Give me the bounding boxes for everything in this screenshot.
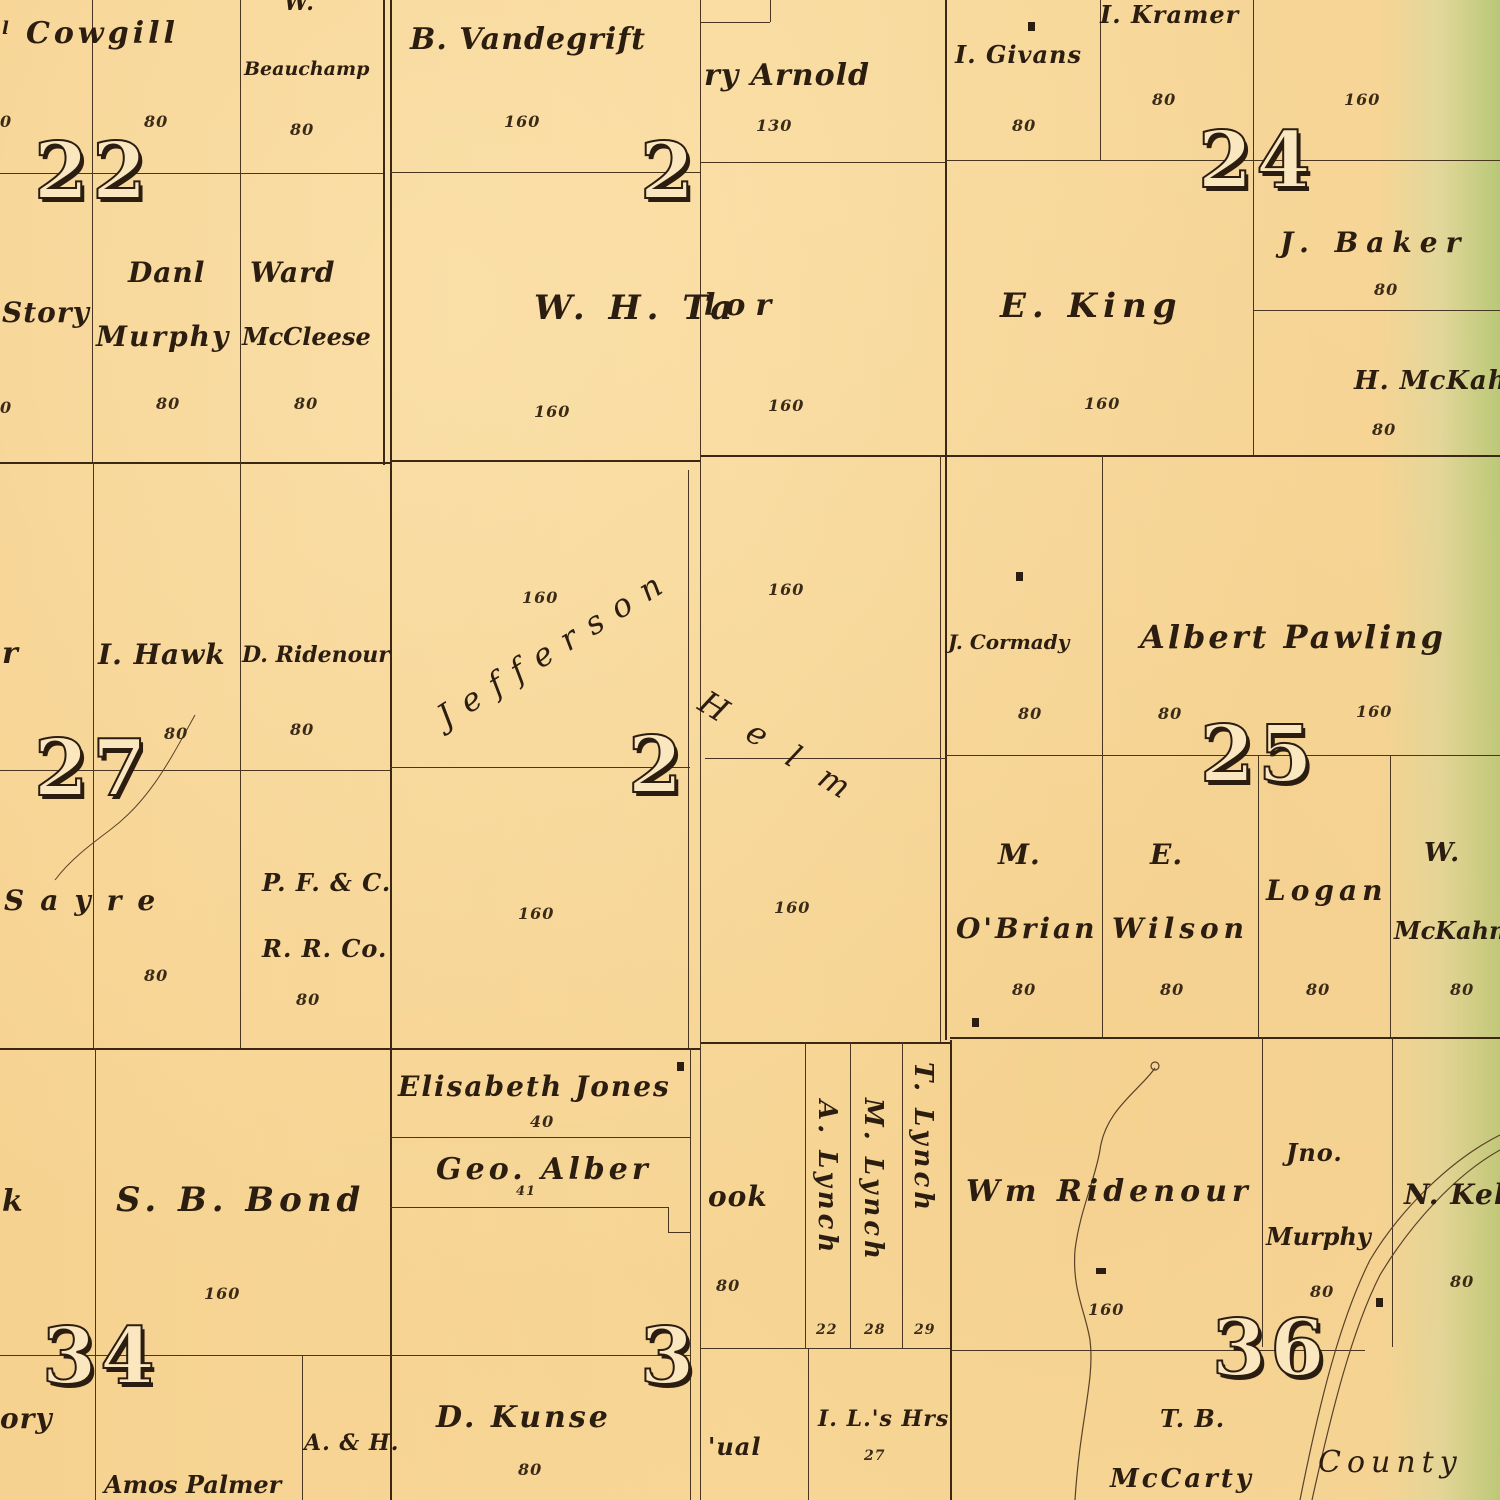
acreage: 160 [1344,90,1380,109]
owner-obrian: O'Brian [956,912,1098,945]
owner-givans: I. Givans [955,40,1082,69]
section-number-34: 34 [42,1318,159,1396]
owner-mccarty: McCarty [1110,1464,1254,1494]
acreage: 80 [1012,980,1036,999]
owner-mccarty-initial: T. B. [1160,1404,1225,1433]
owner-beauchamp-initial: W. [284,0,315,16]
acreage: 160 [774,898,810,917]
section-number-23: 2 [640,133,694,211]
acreage: 80 [1450,1272,1474,1291]
place-name-county: County [1318,1445,1463,1480]
owner-t-lynch: T. Lynch [908,1062,938,1214]
owner-palmer: Amos Palmer [104,1470,281,1499]
owner-wilson: Wilson [1112,912,1249,945]
acreage: 80 [1018,704,1042,723]
acreage: 80 [716,1276,740,1295]
owner-jno-murphy: Murphy [1266,1222,1371,1251]
acreage: 80 [1450,980,1474,999]
owner-baker: J. Baker [1280,226,1468,259]
acreage: 80 [518,1460,542,1479]
section-number-36: 36 [1212,1310,1329,1388]
acreage: 80 [294,394,318,413]
acreage: 160 [1084,394,1120,413]
acreage: 80 [290,120,314,139]
acreage: 160 [204,1284,240,1303]
owner-cowgill: Cowgill [26,16,179,51]
owner-pawling: Albert Pawling [1140,618,1446,656]
owner-wilson-initial: E. [1150,838,1183,871]
acreage: 80 [1306,980,1330,999]
section-number-22: 22 [34,133,151,211]
acreage: 160 [518,904,554,923]
house-marker [677,1062,684,1071]
owner-taylor-right: lor [704,288,781,323]
owner-cormady: J. Cormady [948,630,1069,654]
section-number-24: 24 [1198,122,1315,200]
acreage: 160 [1088,1300,1124,1319]
owner-ll-heirs: I. L.'s Hrs [818,1406,949,1432]
acreage: 80 [156,394,180,413]
owner-cook: ook [708,1180,768,1213]
owner-h-mckahn: H. McKahn [1354,366,1500,396]
acreage: 80 [290,720,314,739]
owner-alber: Geo. Alber [436,1152,652,1187]
section-number-26: 2 [628,727,682,805]
owner-m-lynch: M. Lynch [858,1098,888,1263]
acreage: 160 [504,112,540,131]
acreage: 80 [296,990,320,1009]
owner-jno-murphy-first: Jno. [1286,1138,1343,1167]
owner-kunse: D. Kunse [436,1400,611,1435]
plat-map: 22 2 24 2 25 27 34 3 36 Jefferson Helm C… [0,0,1500,1500]
acreage: 80 [1374,280,1398,299]
acreage: 160 [1356,702,1392,721]
acreage: 80 [164,724,188,743]
house-marker [972,1018,979,1027]
owner-d-ridenour: D. Ridenour [242,642,390,668]
owner-w-mckahn-initial: W. [1424,838,1460,868]
owner-jones: Elisabeth Jones [398,1070,671,1103]
acreage: 80 [1152,90,1176,109]
owner-arnold: ry Arnold [704,58,870,93]
house-marker [1028,22,1035,31]
acreage: 22 [816,1322,837,1338]
owner-vandegrift: B. Vandegrift [410,22,646,57]
owner-logan: Logan [1266,874,1387,907]
acreage: 80 [1012,116,1036,135]
owner-story-south: ory [0,1402,53,1435]
acreage: 41 [516,1184,536,1199]
section-number-27: 27 [34,730,151,808]
house-marker [1016,572,1023,581]
acreage: 160 [768,396,804,415]
acreage: 160 [534,402,570,421]
acreage: 29 [914,1322,935,1338]
acreage: 80 [1372,420,1396,439]
acreage: 80 [144,112,168,131]
acreage: 160 [522,588,558,607]
owner-sayre: Sayre [4,884,171,917]
owner-k-edge: k [2,1184,24,1219]
owner-hawk: I. Hawk [98,638,226,671]
house-marker [1096,1268,1106,1274]
owner-w-ridenour: Wm Ridenour [966,1174,1253,1209]
owner-murphy: Murphy [96,320,230,353]
acreage: 80 [144,966,168,985]
owner-pfc-rr: R. R. Co. [262,934,387,963]
owner-ah: A. & H. [304,1430,399,1456]
acreage: 27 [864,1448,885,1464]
acreage: 80 [1158,704,1182,723]
acreage: 0 [0,398,12,417]
owner-mccleese-first: Ward [250,256,335,289]
owner-story: Story [2,296,90,329]
owner-w-mckahn: McKahn [1394,916,1500,945]
acreage: 80 [1310,1282,1334,1301]
owner-ual: 'ual [708,1432,761,1461]
section-number-25: 25 [1200,716,1317,794]
owner-mccleese: McCleese [242,322,371,351]
owner-obrian-initial: M. [998,838,1041,871]
house-marker [1376,1298,1383,1307]
owner-a-lynch: A. Lynch [812,1100,842,1256]
acreage: 0 [0,112,12,131]
acreage: 130 [756,116,792,135]
owner-beauchamp: Beauchamp [244,58,369,80]
owner-king: E. King [1000,286,1183,326]
acreage: 160 [768,580,804,599]
acreage: 80 [1160,980,1184,999]
owner-r-edge: r [2,636,19,671]
owner-n-kell: N. Kell [1404,1178,1500,1211]
owner-pfc: P. F. & C. [262,868,391,897]
owner-bond: S. B. Bond [116,1180,365,1220]
owner-cowgill-prefix: l [2,18,10,39]
acreage: 28 [864,1322,885,1338]
owner-kramer: I. Kramer [1100,0,1239,29]
acreage: 40 [530,1112,554,1131]
section-number-35: 3 [640,1318,694,1396]
owner-murphy-first: Danl [128,256,205,289]
